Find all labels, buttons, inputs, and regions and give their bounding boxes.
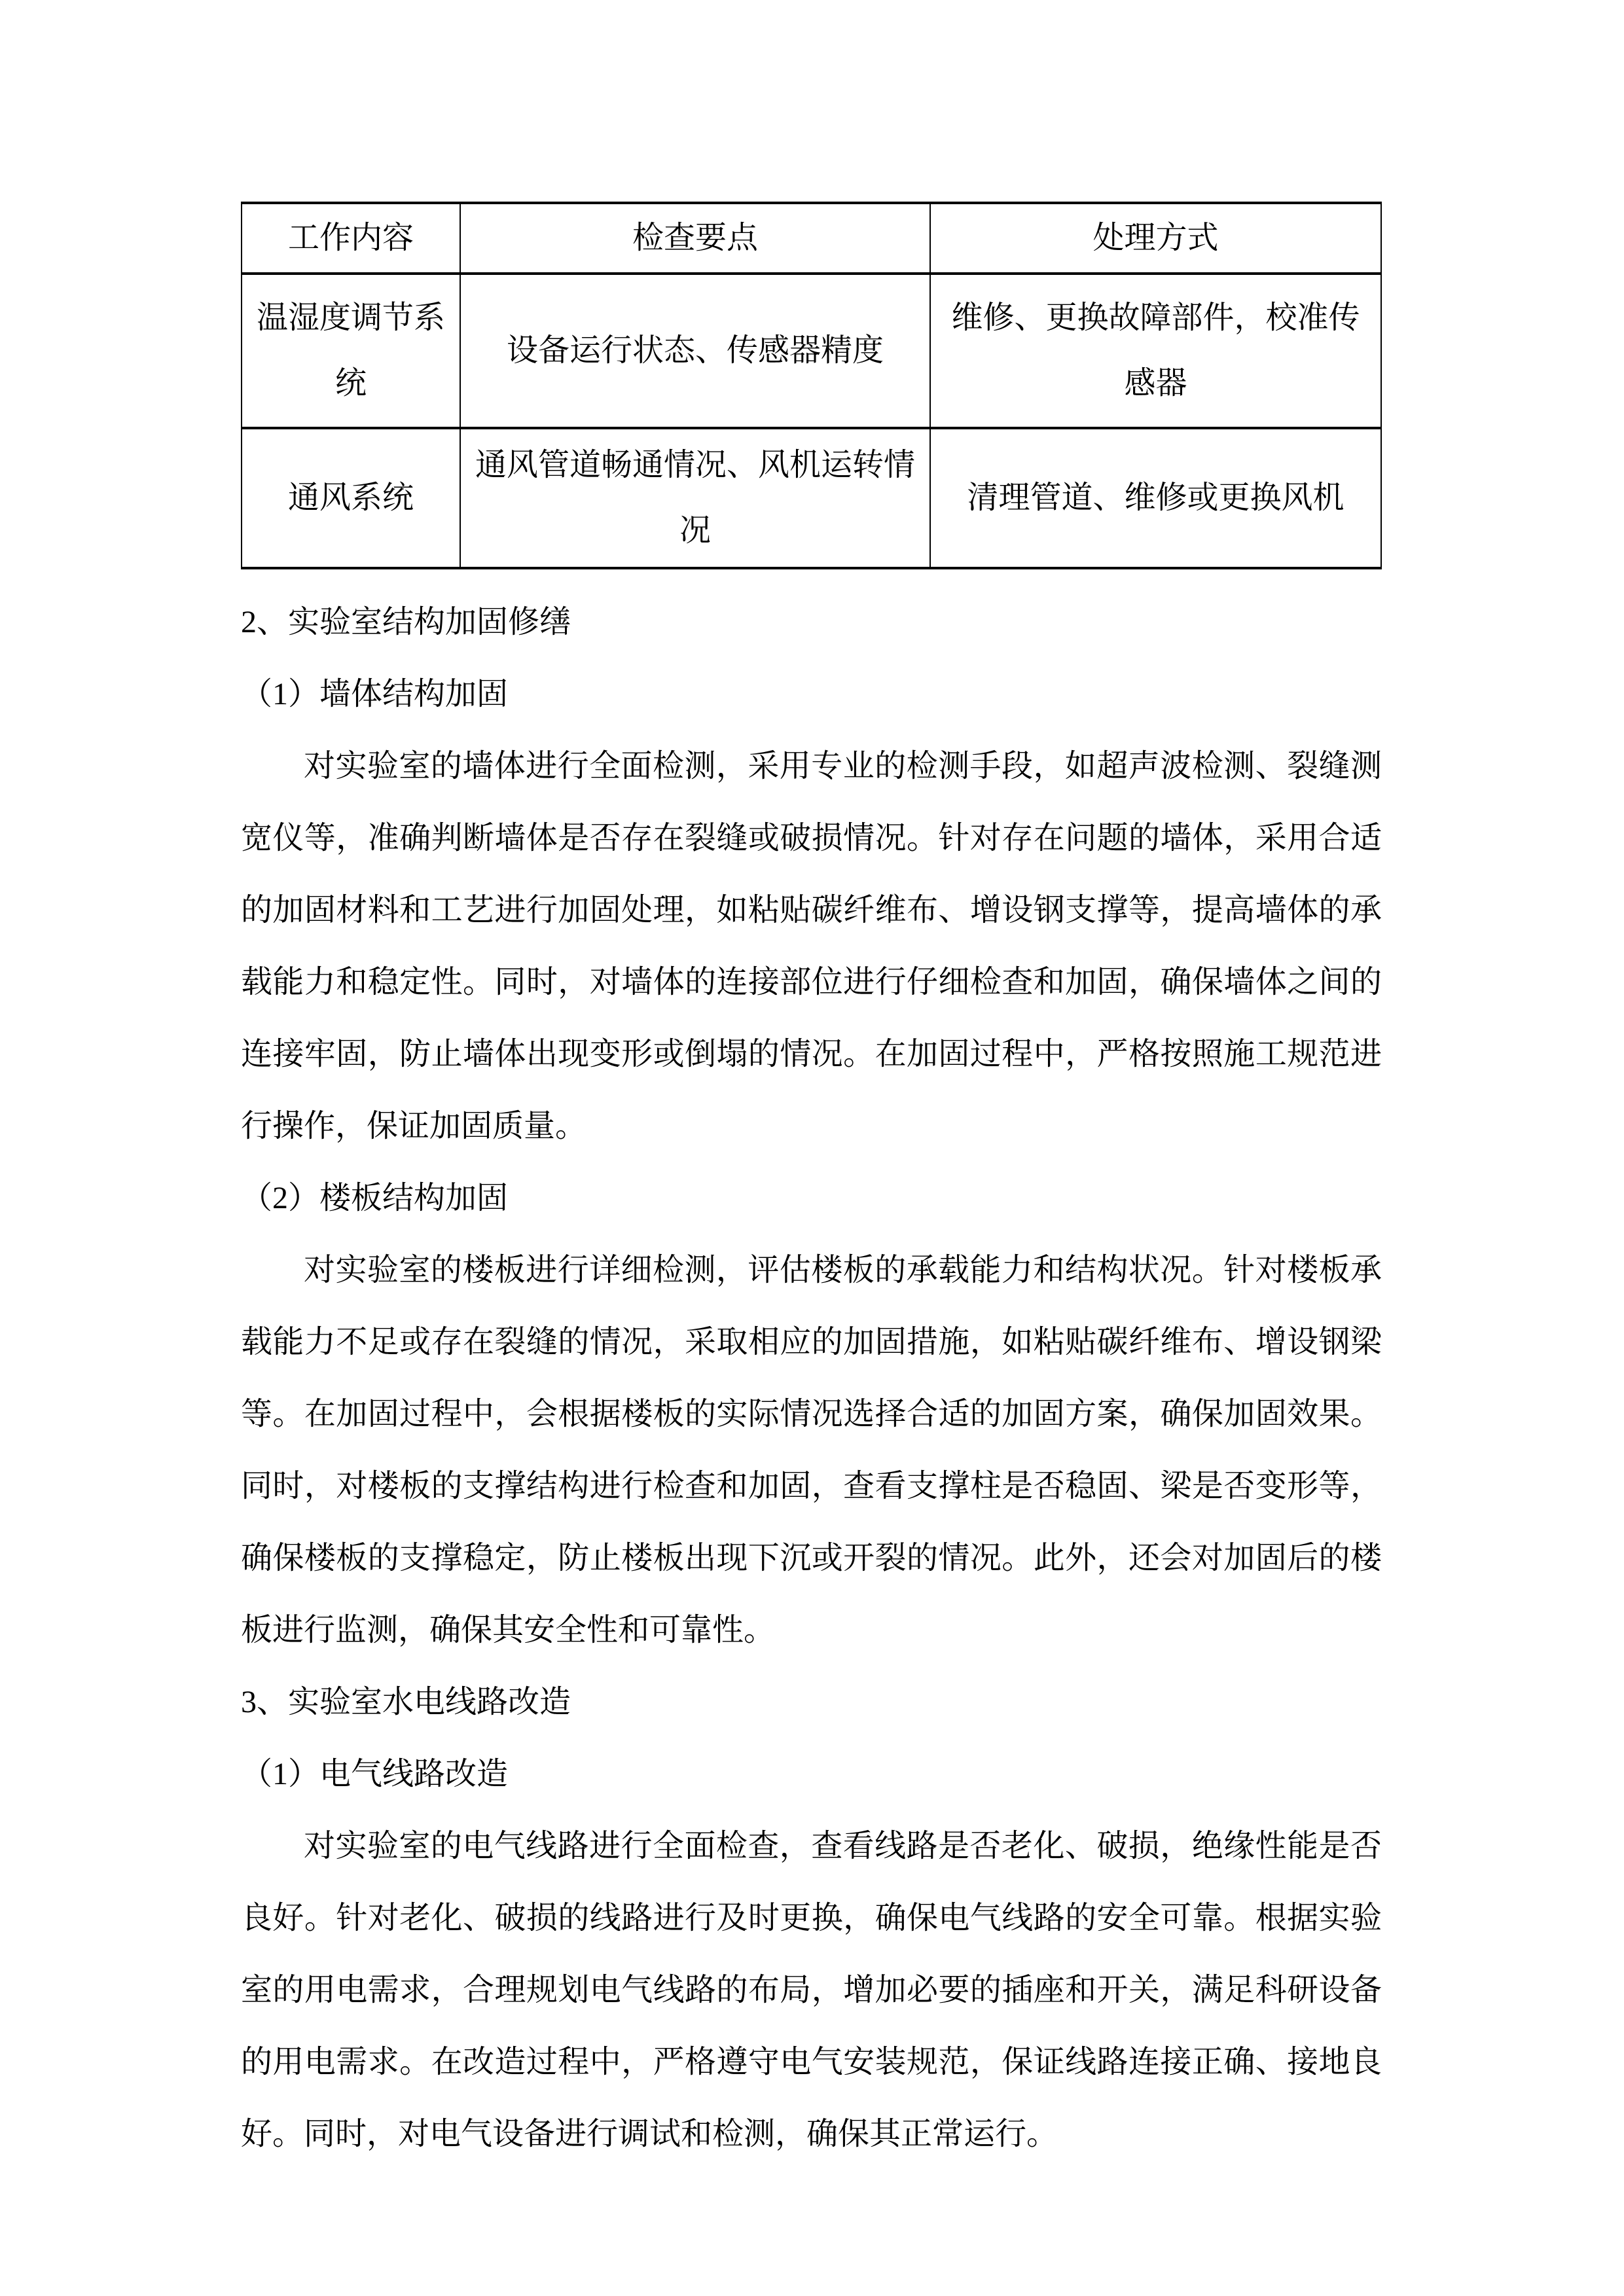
subsection-heading-floor-reinforcement: （2）楼板结构加固: [241, 1162, 1382, 1234]
table-cell-work-content: 通风系统: [242, 428, 460, 568]
table-row-hvac-system: 温湿度调节系统 设备运行状态、传感器精度 维修、更换故障部件，校准传感器: [242, 274, 1381, 428]
table-header-cell-handling-method: 处理方式: [930, 203, 1381, 274]
subsection-heading-wall-reinforcement: （1）墙体结构加固: [241, 658, 1382, 730]
document-body: 2、实验室结构加固修缮 （1）墙体结构加固 对实验室的墙体进行全面检测，采用专业…: [241, 586, 1382, 2170]
paragraph-floor-reinforcement: 对实验室的楼板进行详细检测，评估楼板的承载能力和结构状况。针对楼板承载能力不足或…: [241, 1234, 1382, 1666]
document-page: 工作内容 检查要点 处理方式 温湿度调节系统 设备运行状态、传感器精度 维修、更…: [0, 0, 1624, 2296]
paragraph-wall-reinforcement: 对实验室的墙体进行全面检测，采用专业的检测手段，如超声波检测、裂缝测宽仪等，准确…: [241, 730, 1382, 1162]
table-header-cell-check-points: 检查要点: [460, 203, 930, 274]
table-cell-handling-method: 维修、更换故障部件，校准传感器: [930, 274, 1381, 428]
paragraph-electrical-renovation: 对实验室的电气线路进行全面检查，查看线路是否老化、破损，绝缘性能是否良好。针对老…: [241, 1810, 1382, 2170]
table-cell-check-points: 通风管道畅通情况、风机运转情况: [460, 428, 930, 568]
table-cell-handling-method: 清理管道、维修或更换风机: [930, 428, 1381, 568]
table-cell-work-content: 温湿度调节系统: [242, 274, 460, 428]
table-header-row: 工作内容 检查要点 处理方式: [242, 203, 1381, 274]
maintenance-table: 工作内容 检查要点 处理方式 温湿度调节系统 设备运行状态、传感器精度 维修、更…: [241, 202, 1382, 569]
table-header-cell-work-content: 工作内容: [242, 203, 460, 274]
section-heading-utility-renovation: 3、实验室水电线路改造: [241, 1666, 1382, 1738]
table-cell-check-points: 设备运行状态、传感器精度: [460, 274, 930, 428]
table-row-ventilation-system: 通风系统 通风管道畅通情况、风机运转情况 清理管道、维修或更换风机: [242, 428, 1381, 568]
section-heading-structure-reinforcement: 2、实验室结构加固修缮: [241, 586, 1382, 658]
subsection-heading-electrical-renovation: （1）电气线路改造: [241, 1738, 1382, 1810]
